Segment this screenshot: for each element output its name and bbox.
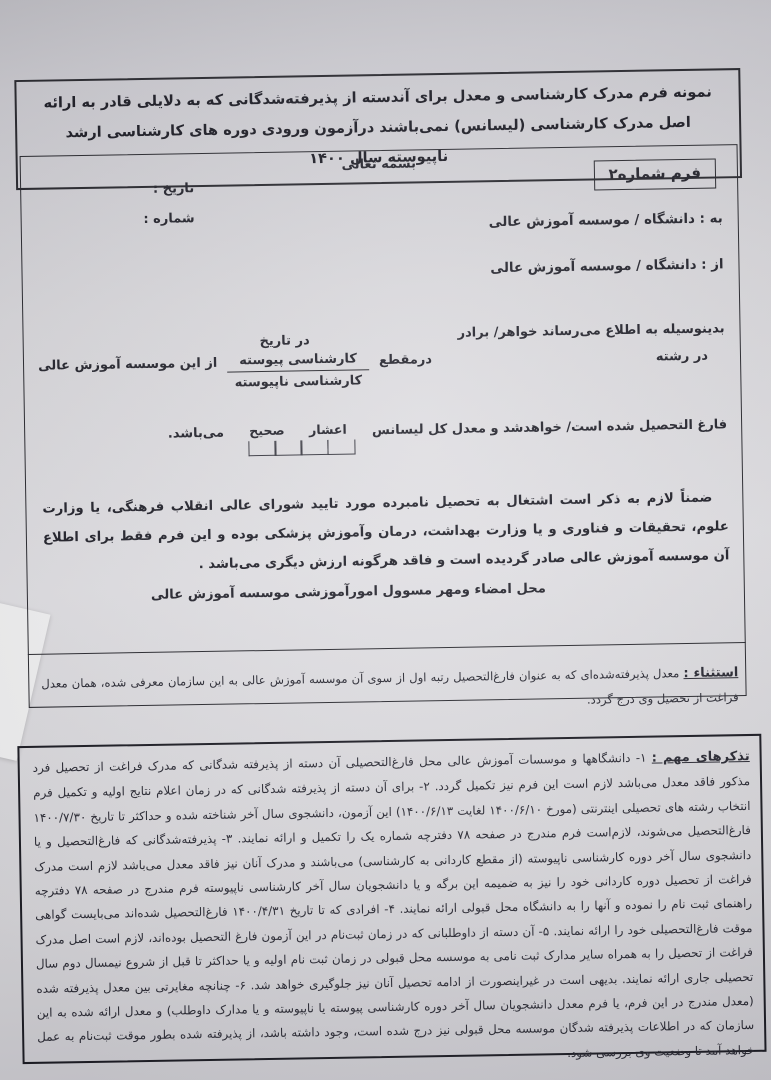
in-date-label: در تاریخ	[259, 333, 309, 349]
grade-entry-group: اعشار صحیح	[237, 421, 360, 456]
level-suffix: از این موسسه آموزش عالی	[38, 356, 217, 374]
scanned-paper: نمونه فرم مدرک کارشناسی و معدل برای آندس…	[0, 0, 771, 1080]
field-of-study-label: در رشته	[656, 349, 708, 365]
is-verb: می‌باشد.	[168, 426, 224, 442]
decimal-label: اعشار	[309, 422, 347, 438]
supplementary-paragraph: ضمناً لازم به ذکر است اشتغال به تحصیل نا…	[42, 483, 729, 581]
level-prefix: درمقطع	[379, 352, 432, 368]
grade-entry-labels: اعشار صحیح	[237, 421, 359, 438]
section-divider	[28, 642, 746, 655]
grade-cell	[327, 439, 355, 454]
signature-stamp-line: محل امضاء ومهر مسوول امورآموزشی موسسه آم…	[151, 581, 546, 603]
from-line: از : دانشگاه / موسسه آموزش عالی	[490, 257, 723, 276]
grade-cells	[237, 439, 359, 456]
integer-label: صحیح	[249, 423, 285, 439]
notify-line: بدینوسیله به اطلاع می‌رساند خواهر/ برادر	[457, 321, 724, 340]
main-form-box: بسمه تعالی فرم شماره۲ تاریخ : شماره : به…	[20, 144, 747, 708]
number-label: شماره :	[143, 211, 195, 227]
degree-level-row: درمقطع کارشناسی پیوسته کارشناسی ناپیوسته…	[38, 352, 432, 394]
level-option-discontinuous: کارشناسی ناپیوسته	[235, 370, 363, 390]
exception-paragraph: استثناء : معدل پذیرفته‌شده‌ای که به عنوا…	[41, 660, 739, 722]
to-line: به : دانشگاه / موسسه آموزش عالی	[489, 211, 723, 230]
form-number-badge: فرم شماره۲	[593, 158, 716, 190]
exception-text: معدل پذیرفته‌شده‌ای که به عنوان فارغ‌الت…	[41, 666, 739, 707]
graduation-line: فارغ التحصیل شده است/ خواهدشد و معدل کل …	[372, 417, 727, 438]
date-label: تاریخ :	[153, 181, 194, 197]
graduation-grade-row: فارغ التحصیل شده است/ خواهدشد و معدل کل …	[168, 417, 728, 457]
level-options: کارشناسی پیوسته کارشناسی ناپیوسته	[227, 351, 369, 390]
grade-cell	[274, 440, 302, 455]
grade-cell	[301, 440, 329, 455]
exception-label: استثناء :	[683, 665, 738, 681]
important-notes-text: ۱- دانشگاهها و موسسات آموزش عالی محل فار…	[33, 751, 755, 1060]
grade-cell	[248, 441, 276, 456]
photo-background: نمونه فرم مدرک کارشناسی و معدل برای آندس…	[0, 0, 771, 1080]
level-option-continuous: کارشناسی پیوسته	[227, 351, 369, 372]
important-notes-label: تذکرهای مهم :	[652, 749, 750, 766]
important-notes-box: تذکرهای مهم : ۱- دانشگاهها و موسسات آموز…	[17, 734, 766, 1064]
